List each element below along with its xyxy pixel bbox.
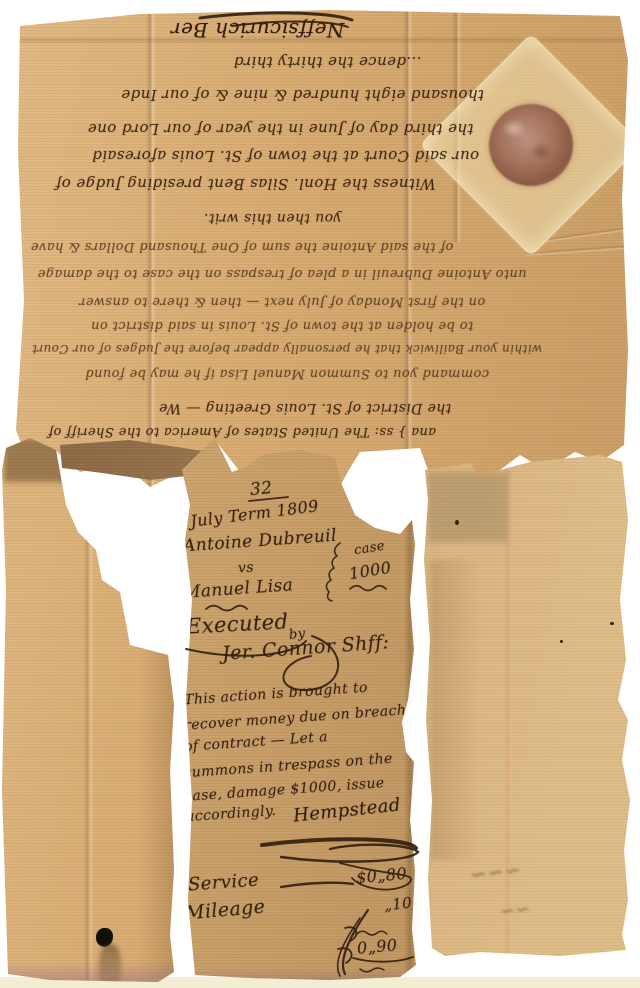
writ-line: to be holden at the town of St. Louis in… <box>22 318 542 333</box>
writ-line: within your Bailiwick that he personally… <box>22 342 552 356</box>
writ-line: Witness the Honl. Silas Bent presiding J… <box>28 175 463 193</box>
ink-speck <box>610 622 614 625</box>
writ-line: ana } ss: The United States of America t… <box>22 424 462 439</box>
scanned-document: Neffsicurich Ber ...dence the thirty thi… <box>0 0 640 988</box>
writ-line: of the said Antoine the sum of One Thous… <box>22 239 462 254</box>
versus-label: vs <box>237 559 254 576</box>
writ-line: command you to Summon Manuel Lisa if he … <box>22 366 552 381</box>
writ-line: the third day of June in the year of our… <box>28 120 533 138</box>
writ-endorsement: Neffsicurich Ber <box>150 18 365 42</box>
writ-line: ...dence the thirty third <box>195 53 460 71</box>
ink-speck <box>560 640 563 643</box>
writ-line: thousand eight hundred & nine & of our I… <box>85 86 520 104</box>
ghost-showthrough: ∽∽ <box>499 899 532 923</box>
writ-line: on the first Monday of July next — then … <box>22 294 542 309</box>
writ-line: our said Court at the town of St. Louis … <box>28 147 543 165</box>
writ-line: the District of St. Louis Greeting — We <box>150 400 460 416</box>
case-number: 32 <box>249 478 273 500</box>
writ-line: unto Antoine Dubreuil in a plea of tresp… <box>22 266 542 281</box>
writ-line: you then this writ. <box>185 210 360 226</box>
fee-mileage-amount: „10 <box>383 894 413 915</box>
fee-total-amount: 0„90 <box>356 935 398 957</box>
ink-speck <box>455 520 459 525</box>
